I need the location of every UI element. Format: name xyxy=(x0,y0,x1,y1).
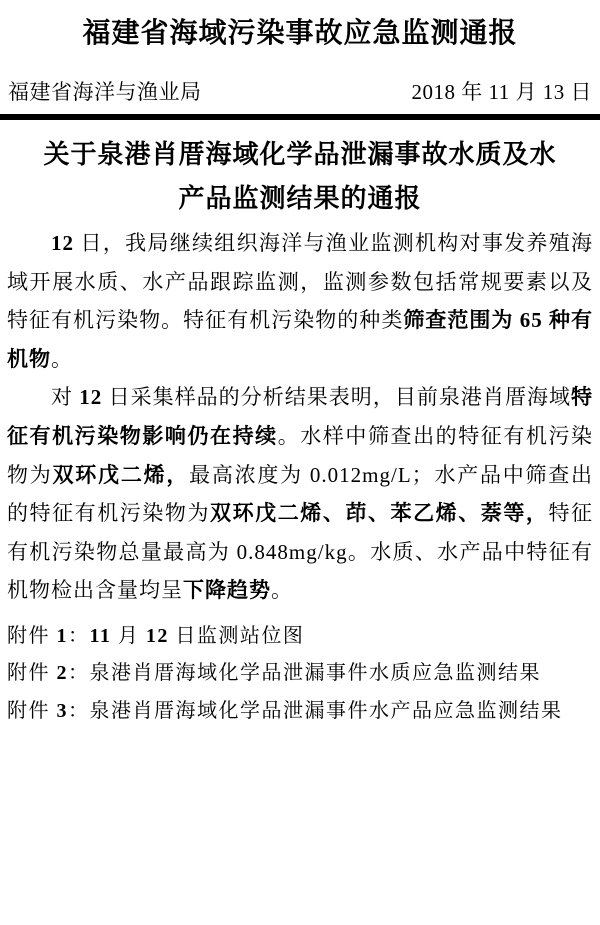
emphasis-text: 12 xyxy=(146,625,169,647)
text-run: 日采集样品的分析结果表明，目前泉港肖厝海域 xyxy=(102,385,571,409)
text-run: ：泉港肖厝海域化学品泄漏事件水质应急监测结果 xyxy=(68,662,541,684)
emphasis-text: 下降趋势 xyxy=(183,578,271,602)
text-run: ： xyxy=(68,625,90,647)
publish-date: 2018 年 11 月 13 日 xyxy=(412,76,592,106)
notice-heading-line-2: 产品监测结果的通报 xyxy=(7,176,593,220)
attachments-list: 附件 1：11 月 12 日监测站位图 附件 2：泉港肖厝海域化学品泄漏事件水质… xyxy=(7,618,593,731)
issuer-name: 福建省海洋与渔业局 xyxy=(8,76,202,106)
text-run: 。 xyxy=(51,347,73,371)
text-run: 附件 xyxy=(7,625,57,647)
body-paragraph-2: 对 12 日采集样品的分析结果表明，目前泉港肖厝海域特征有机污染物影响仍在持续。… xyxy=(7,378,593,610)
notice-body: 12 日，我局继续组织海洋与渔业监测机构对事发养殖海域开展水质、水产品跟踪监测，… xyxy=(7,224,593,610)
attachment-item-2: 附件 2：泉港肖厝海域化学品泄漏事件水质应急监测结果 xyxy=(7,655,593,693)
text-run: 。 xyxy=(271,578,293,602)
attachment-item-1: 附件 1：11 月 12 日监测站位图 xyxy=(7,618,593,656)
emphasis-text: 3 xyxy=(57,700,69,722)
text-run: 对 xyxy=(51,385,79,409)
document-page: 福建省海域污染事故应急监测通报 福建省海洋与渔业局 2018 年 11 月 13… xyxy=(0,0,600,925)
emphasis-text: 11 xyxy=(90,625,112,647)
text-run: ：泉港肖厝海域化学品泄漏事件水产品应急监测结果 xyxy=(68,700,563,722)
emphasis-text: 1 xyxy=(57,625,69,647)
emphasis-text: 12 xyxy=(79,385,102,409)
page-title: 福建省海域污染事故应急监测通报 xyxy=(7,14,593,52)
attachment-item-3: 附件 3：泉港肖厝海域化学品泄漏事件水产品应急监测结果 xyxy=(7,693,593,731)
text-run: 附件 xyxy=(7,662,57,684)
text-run: 日监测站位图 xyxy=(169,625,305,647)
notice-heading: 关于泉港肖厝海域化学品泄漏事故水质及水 产品监测结果的通报 xyxy=(7,132,593,220)
text-run: 附件 xyxy=(7,700,57,722)
notice-heading-line-1: 关于泉港肖厝海域化学品泄漏事故水质及水 xyxy=(7,132,593,176)
emphasis-text: 2 xyxy=(57,662,69,684)
masthead-meta-row: 福建省海洋与渔业局 2018 年 11 月 13 日 xyxy=(7,76,593,106)
emphasis-text: 双环戊二烯， xyxy=(53,463,190,487)
header-divider xyxy=(0,114,600,120)
emphasis-text: 12 xyxy=(51,231,74,255)
body-paragraph-1: 12 日，我局继续组织海洋与渔业监测机构对事发养殖海域开展水质、水产品跟踪监测，… xyxy=(7,224,593,378)
emphasis-text: 双环戊二烯、茚、苯乙烯、萘等， xyxy=(210,501,548,525)
text-run: 月 xyxy=(111,625,146,647)
